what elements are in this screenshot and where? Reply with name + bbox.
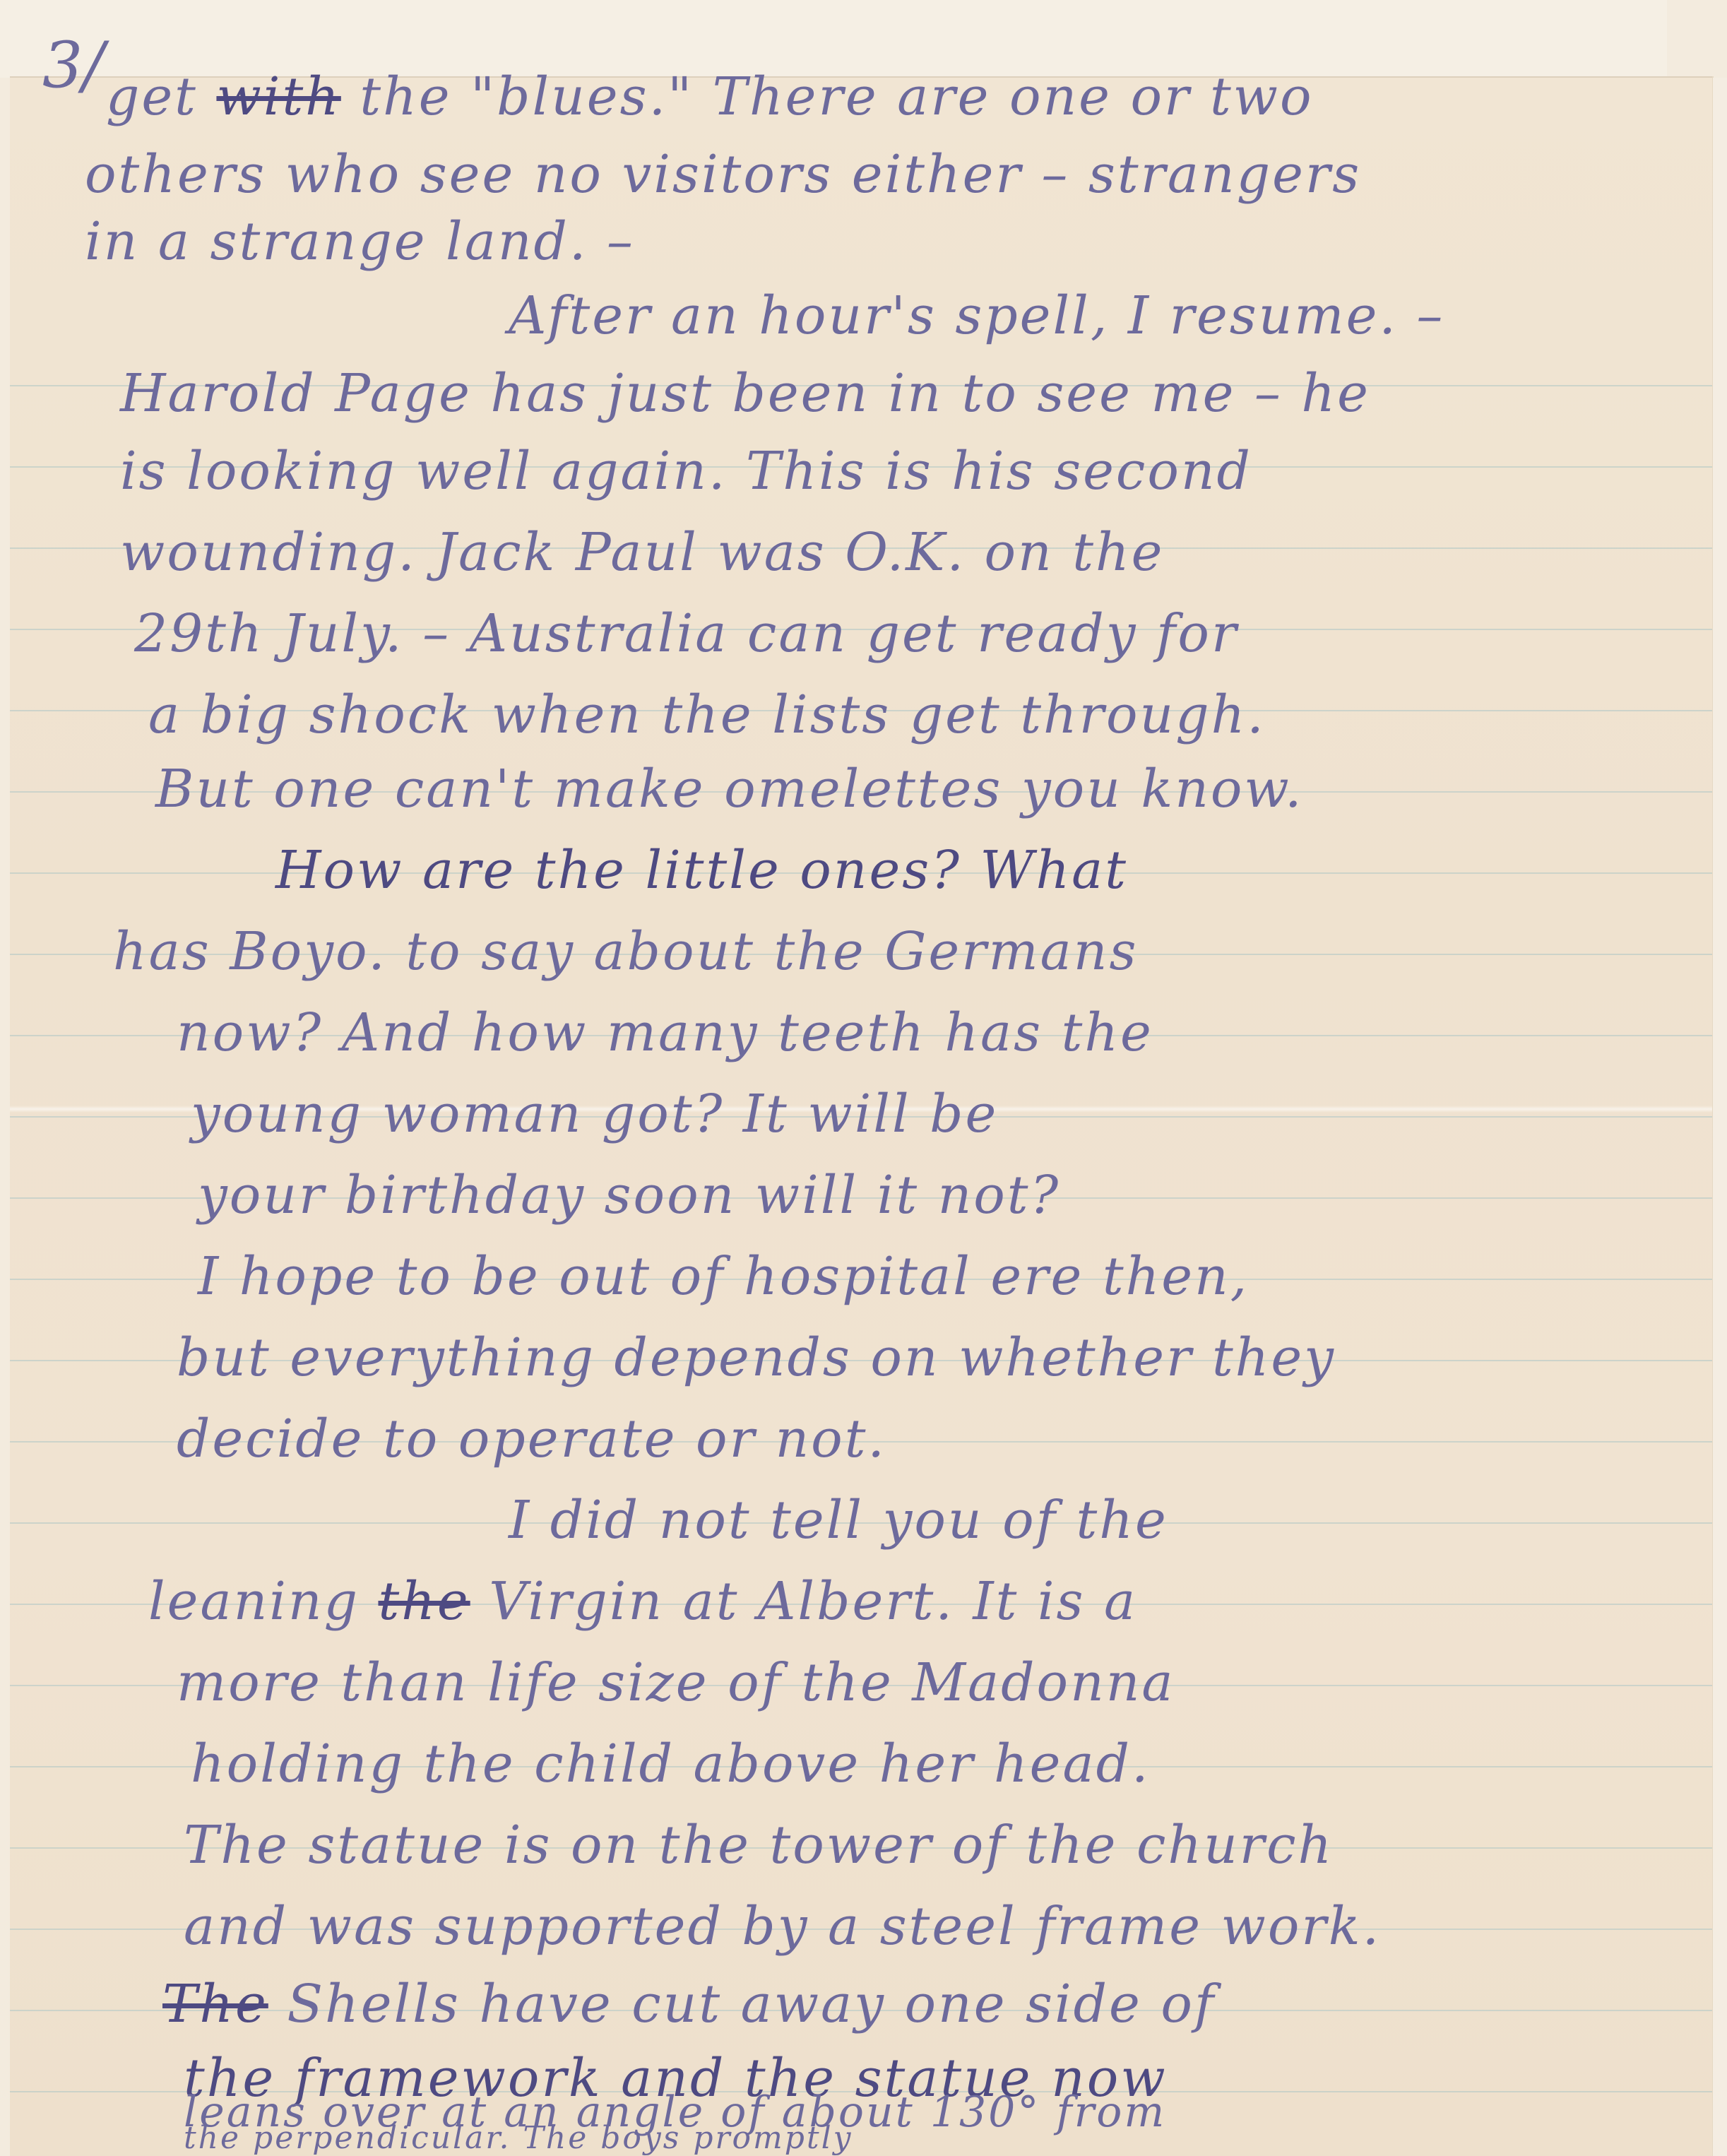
letter-line-28: the perpendicular. The boys promptly (184, 2123, 853, 2154)
letter-line-7: wounding. Jack Paul was O.K. on the (120, 526, 1164, 579)
line-text: the "blues." There are one or two (341, 66, 1314, 127)
letter-line-4: After an hour's spell, I resume. – (509, 290, 1444, 342)
letter-line-12: has Boyo. to say about the Germans (113, 925, 1138, 978)
letter-line-13: now? And how many teeth has the (177, 1007, 1153, 1059)
letter-line-5: Harold Page has just been in to see me –… (120, 367, 1370, 420)
letter-line-22: holding the child above her head. (191, 1738, 1150, 1790)
letter-line-21: more than life size of the Madonna (177, 1657, 1175, 1709)
letter-line-24: and was supported by a steel frame work. (184, 1900, 1381, 1953)
letter-line-8: 29th July. – Australia can get ready for (134, 608, 1238, 660)
line-text: Shells have cut away one side of (268, 1974, 1216, 2034)
letter-line-2: others who see no visitors either – stra… (85, 148, 1361, 201)
letter-line-11: How are the little ones? What (275, 844, 1128, 896)
letter-line-16: I hope to be out of hospital ere then, (198, 1250, 1249, 1303)
letter-line-3: in a strange land. – (85, 215, 635, 268)
struck-word: The (162, 1974, 268, 2034)
line-text: Virgin at Albert. It is a (470, 1571, 1138, 1632)
letter-line-17: but everything depends on whether they (177, 1332, 1336, 1384)
struck-word: with (216, 66, 340, 127)
page-right-edge (1713, 78, 1727, 2156)
letter-line-18: decide to operate or not. (177, 1413, 886, 1465)
letter-line-14: young woman got? It will be (191, 1088, 998, 1140)
letter-line-15: your birthday soon will it not? (198, 1169, 1060, 1221)
letter-line-9: a big shock when the lists get through. (148, 689, 1266, 741)
letter-line-23: The statue is on the tower of the church (184, 1819, 1334, 1871)
letter-line-6: is looking well again. This is his secon… (120, 445, 1252, 497)
line-text: leaning (148, 1571, 378, 1632)
letter-line-10: But one can't make omelettes you know. (155, 763, 1304, 815)
struck-word: the (378, 1571, 470, 1632)
letter-line-19: I did not tell you of the (509, 1494, 1168, 1546)
letter-line-20: leaning the Virgin at Albert. It is a (148, 1575, 1137, 1628)
line-text: get (106, 66, 216, 127)
page-number-marker: 3/ (42, 28, 105, 102)
letter-line-25: The Shells have cut away one side of (162, 1978, 1216, 2030)
letter-line-1: get with the "blues." There are one or t… (106, 71, 1314, 123)
